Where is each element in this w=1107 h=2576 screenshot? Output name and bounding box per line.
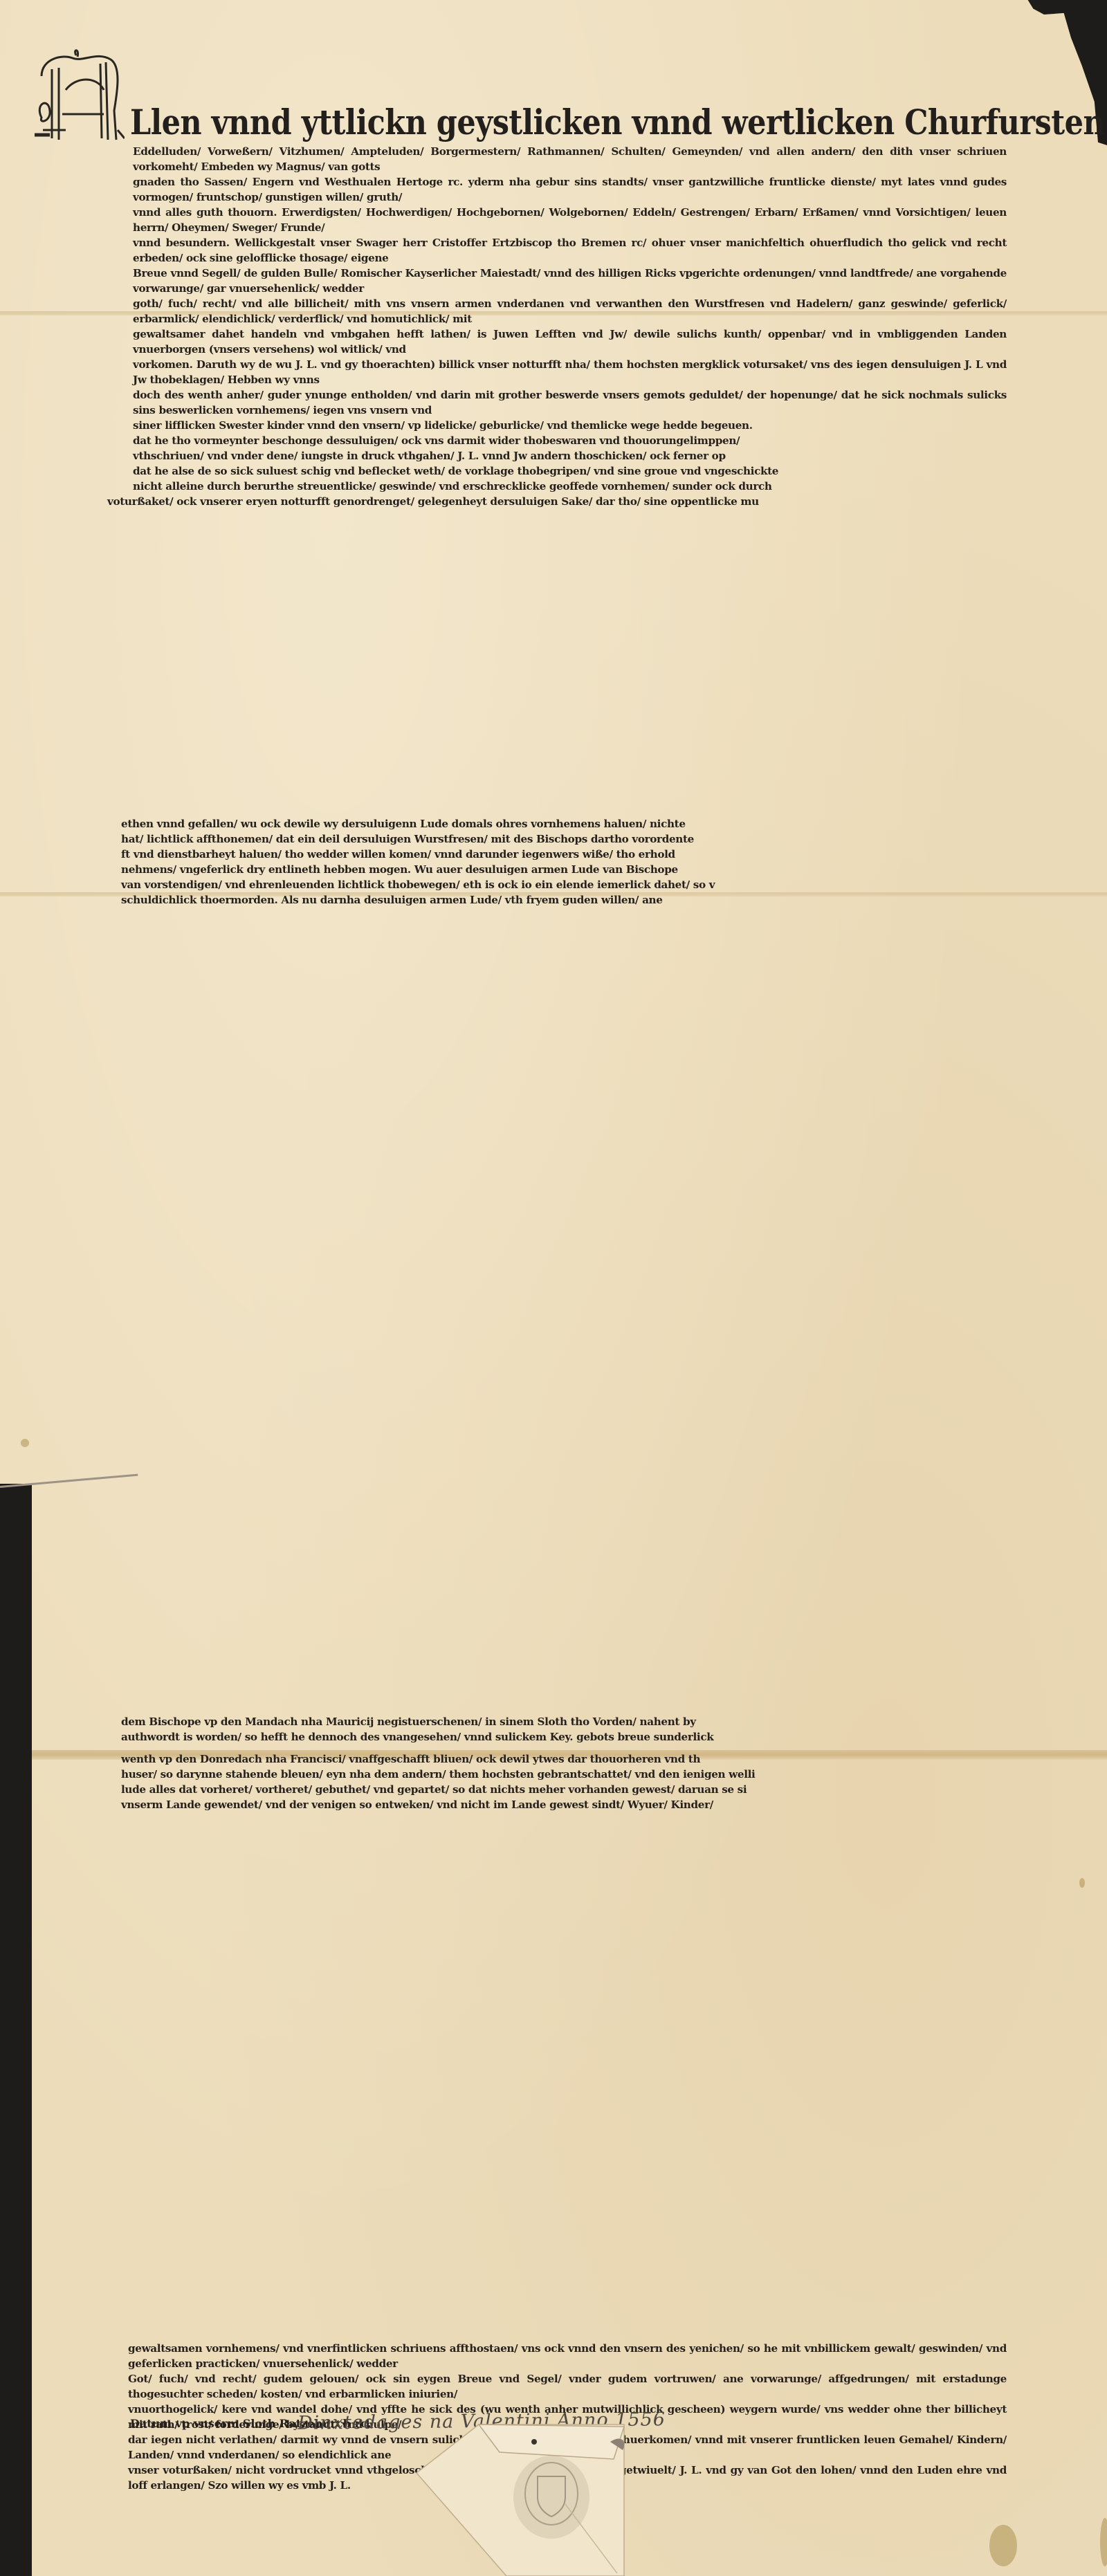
body-text-middle: ethen vnnd gefallen/ wu ock dewile wy de… (121, 816, 1007, 908)
stain (1100, 2518, 1107, 2566)
body-line: vorkomen. Daruth wy de wu J. L. vnd gy t… (107, 357, 1007, 387)
body-line: vnserm Lande gewendet/ vnd der venigen s… (121, 1797, 1007, 1812)
body-line: gnaden tho Sassen/ Engern vnd Westhualen… (107, 174, 1007, 205)
body-line: ft vnd dienstbarheyt haluen/ tho wedder … (121, 847, 1007, 862)
body-line: dem Bischope vp den Mandach nha Mauricij… (121, 1714, 1007, 1729)
body-line: dat he tho vormeynter beschonge dessului… (107, 433, 1007, 448)
body-line: vnnd besundern. Wellickgestalt vnser Swa… (107, 235, 1007, 266)
body-line: hat/ lichtlick affthonemen/ dat ein deil… (121, 831, 1007, 847)
body-line: schuldichlick thoermorden. Als nu darnha… (121, 892, 1007, 908)
body-line: dat he alse de so sick suluest schig vnd… (107, 463, 1007, 479)
body-line: goth/ fuch/ recht/ vnd alle billicheit/ … (107, 296, 1007, 326)
body-line: vnnd alles guth thouorn. Erwerdigsten/ H… (107, 205, 1007, 235)
body-line: gewaltsamen vornhemens/ vnd vnerfintlick… (128, 2341, 1007, 2371)
body-line: wenth vp den Donredach nha Francisci/ vn… (121, 1751, 1007, 1767)
body-line: huser/ so darynne stahende bleuen/ eyn n… (121, 1767, 1007, 1782)
body-line: doch des wenth anher/ guder ynunge entho… (107, 387, 1007, 418)
body-line: Breue vnnd Segell/ de gulden Bulle/ Romi… (107, 266, 1007, 296)
body-line: siner lifflicken Swester kinder vnnd den… (107, 418, 1007, 433)
body-line: Got/ fuch/ vnd recht/ gudem gelouen/ ock… (128, 2371, 1007, 2402)
body-line: gewaltsamer dahet handeln vnd vmbgahen h… (107, 326, 1007, 357)
body-text-lower: dem Bischope vp den Mandach nha Mauricij… (121, 1714, 1007, 1812)
body-line: Eddelluden/ Vorweßern/ Vitzhumen/ Amptel… (107, 144, 1007, 174)
dark-background-left-edge (0, 1484, 32, 2576)
body-line: vthschriuen/ vnd vnder dene/ iungste in … (107, 448, 1007, 463)
stain (989, 2525, 1017, 2566)
body-line: nehmens/ vngeferlick dry entlineth hebbe… (121, 862, 1007, 877)
paper-seal-icon (403, 2421, 631, 2576)
body-line: authwordt is worden/ so hefft he dennoch… (121, 1729, 1007, 1745)
body-line: nicht alleine durch berurthe streuentlic… (107, 479, 1007, 494)
body-line: ethen vnnd gefallen/ wu ock dewile wy de… (121, 816, 1007, 831)
body-line: van vorstendigen/ vnd ehrenleuenden lich… (121, 877, 1007, 892)
body-line: lude alles dat vorheret/ vortheret/ gebu… (121, 1782, 1007, 1797)
body-line: voturßaket/ ock vnserer eryen notturfft … (107, 494, 1007, 509)
body-text: Eddelluden/ Vorweßern/ Vitzhumen/ Amptel… (107, 144, 1007, 509)
stain (21, 1439, 29, 1447)
decorated-initial-A-icon (35, 48, 125, 144)
title-line: Llen vnnd yttlickn geystlicken vnnd wert… (130, 101, 1005, 145)
stain (1079, 1878, 1085, 1888)
